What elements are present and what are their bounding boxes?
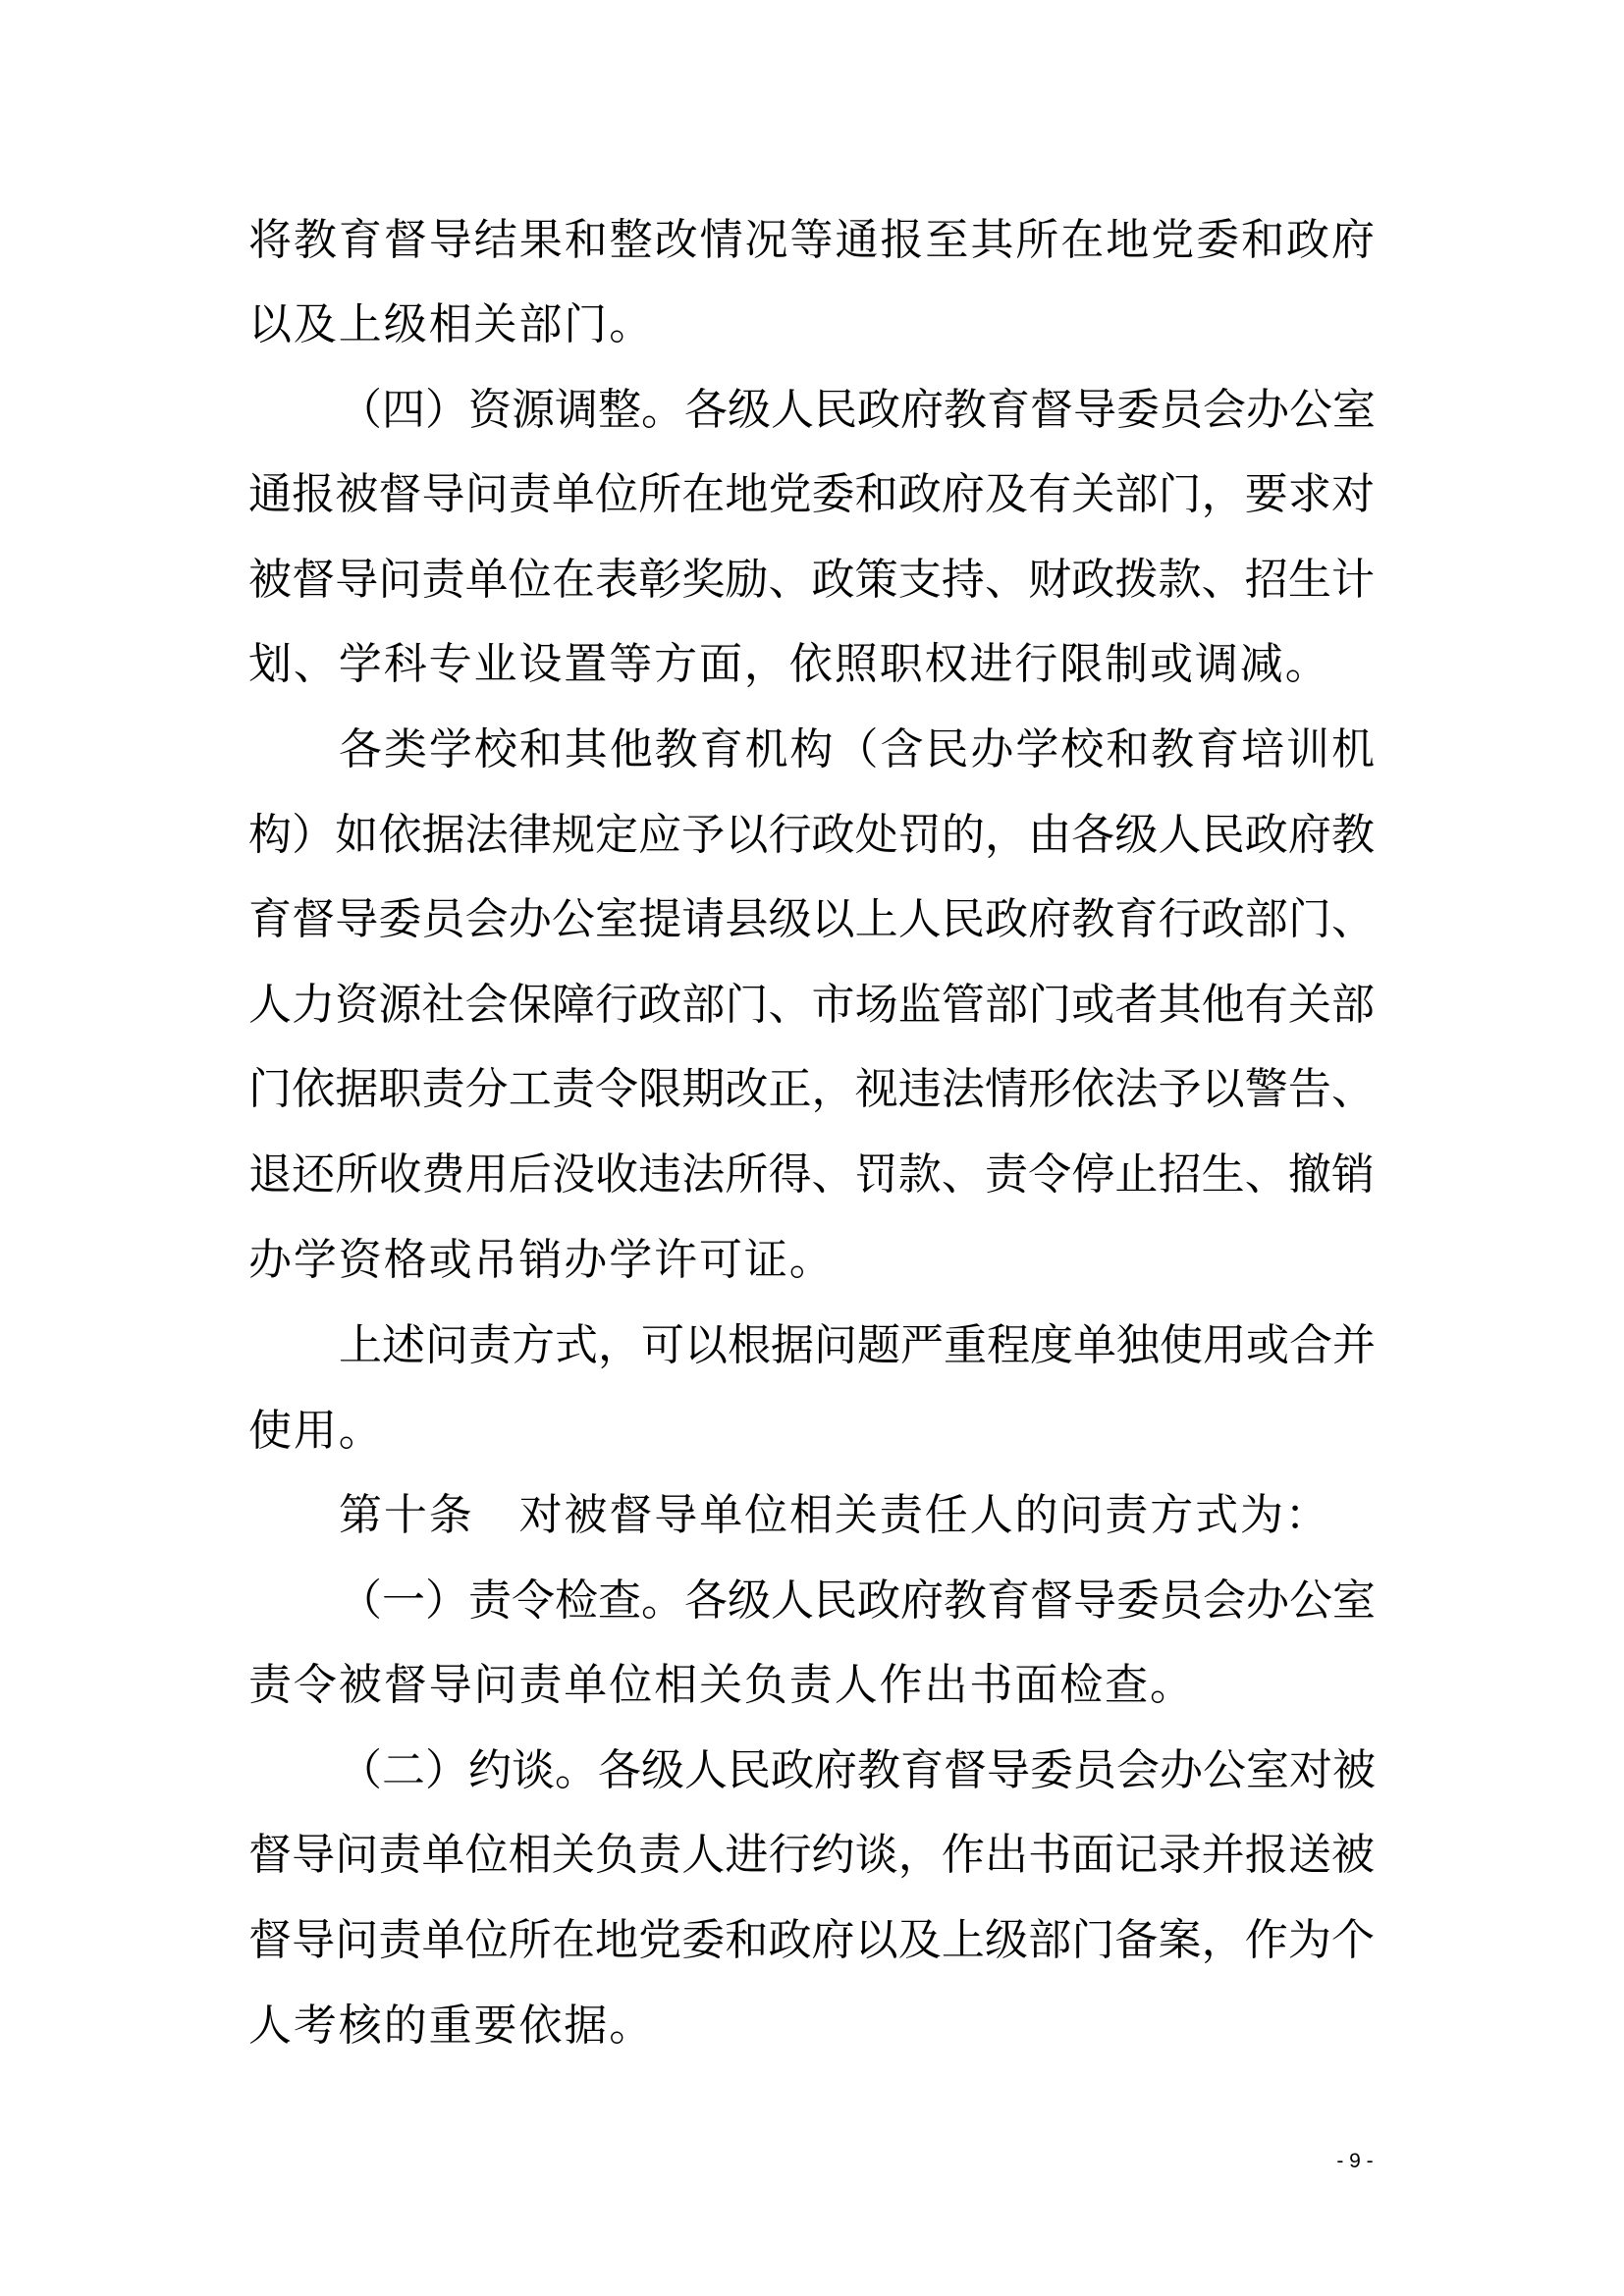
text-line: 人考核的重要依据。 [248, 1983, 1375, 2068]
text-line: （四）资源调整。各级人民政府教育督导委员会办公室 [339, 367, 1375, 453]
text-line: 通报被督导问责单位所在地党委和政府及有关部门，要求对 [248, 452, 1375, 537]
text-line: 使用。 [248, 1388, 1375, 1473]
text-line: 督导问责单位所在地党委和政府以及上级部门备案，作为个 [248, 1897, 1375, 1983]
text-line: 门依据职责分工责令限期改正，视违法情形依法予以警告、 [248, 1046, 1375, 1132]
text-line: 以及上级相关部门。 [248, 282, 1375, 367]
text-line: （二）约谈。各级人民政府教育督导委员会办公室对被 [339, 1728, 1375, 1813]
text-line: （一）责令检查。各级人民政府教育督导委员会办公室 [339, 1558, 1375, 1643]
text-line: 将教育督导结果和整改情况等通报至其所在地党委和政府 [248, 197, 1375, 283]
text-line: 督导问责单位相关负责人进行约谈，作出书面记录并报送被 [248, 1812, 1375, 1897]
text-line: 被督导问责单位在表彰奖励、政策支持、财政拨款、招生计 [248, 537, 1375, 622]
text-line: 人力资源社会保障行政部门、市场监管部门或者其他有关部 [248, 962, 1375, 1047]
article-heading-line: 第十条 对被督导单位相关责任人的问责方式为： [339, 1472, 1375, 1558]
text-line: 各类学校和其他教育机构（含民办学校和教育培训机 [339, 707, 1375, 792]
text-line: 办学资格或吊销办学许可证。 [248, 1217, 1375, 1303]
text-line: 构）如依据法律规定应予以行政处罚的，由各级人民政府教 [248, 792, 1375, 878]
text-line: 上述问责方式，可以根据问题严重程度单独使用或合并 [339, 1303, 1375, 1388]
text-line: 退还所收费用后没收违法所得、罚款、责令停止招生、撤销 [248, 1132, 1375, 1217]
text-line: 划、学科专业设置等方面，依照职权进行限制或调减。 [248, 621, 1375, 707]
document-page: 将教育督导结果和整改情况等通报至其所在地党委和政府 以及上级相关部门。 （四）资… [0, 0, 1624, 2296]
text-line: 责令被督导问责单位相关负责人作出书面检查。 [248, 1642, 1375, 1728]
page-number: - 9 - [1316, 2146, 1394, 2177]
text-line: 育督导委员会办公室提请县级以上人民政府教育行政部门、 [248, 877, 1375, 962]
